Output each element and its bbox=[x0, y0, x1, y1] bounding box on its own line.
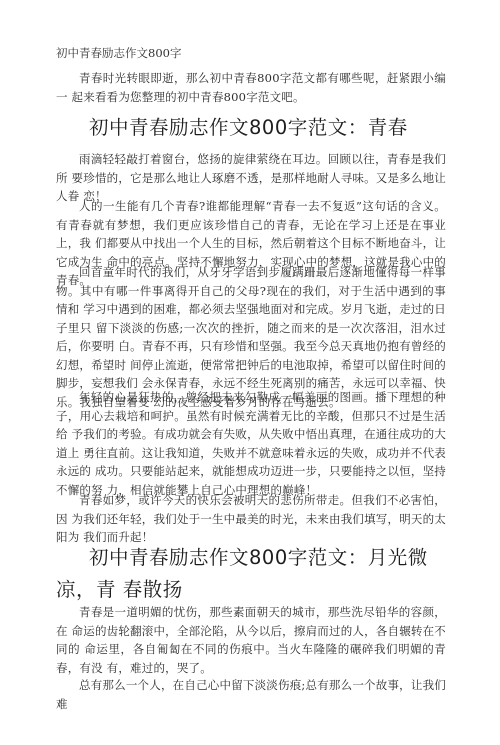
section-heading-2: 初中青春励志作文800字范文：月光微凉，青 春散扬 bbox=[56, 542, 446, 606]
section-2-paragraph-1: 青春是一道明媚的忧伤，那些素面朝天的城市，那些洗尽铅华的容颜，在 命运的齿轮翻滚… bbox=[56, 603, 446, 677]
intro-paragraph: 青春时光转眼即逝，那么初中青春800字范文都有哪些呢，赶紧跟小编一 起来看看为您… bbox=[56, 69, 446, 106]
section-heading-1: 初中青春励志作文800字范文：青春 bbox=[56, 113, 446, 142]
document-title: 初中青春励志作文800字 bbox=[56, 45, 181, 61]
section-1-paragraph-4: 年轻的心是狂热的，曾经把未来勾勒成一幅美丽的图画。播下理想的种 子，用心去栽培和… bbox=[56, 388, 446, 499]
section-1-paragraph-5: 青春如梦，或许今天的快乐会被明天的悲伤所带走。但我们不必害怕，因 为我们还年轻，… bbox=[56, 491, 446, 547]
section-2-paragraph-2: 总有那么一个人，在自己心中留下淡淡伤痕;总有那么一个故事，让我们难 bbox=[56, 676, 446, 713]
